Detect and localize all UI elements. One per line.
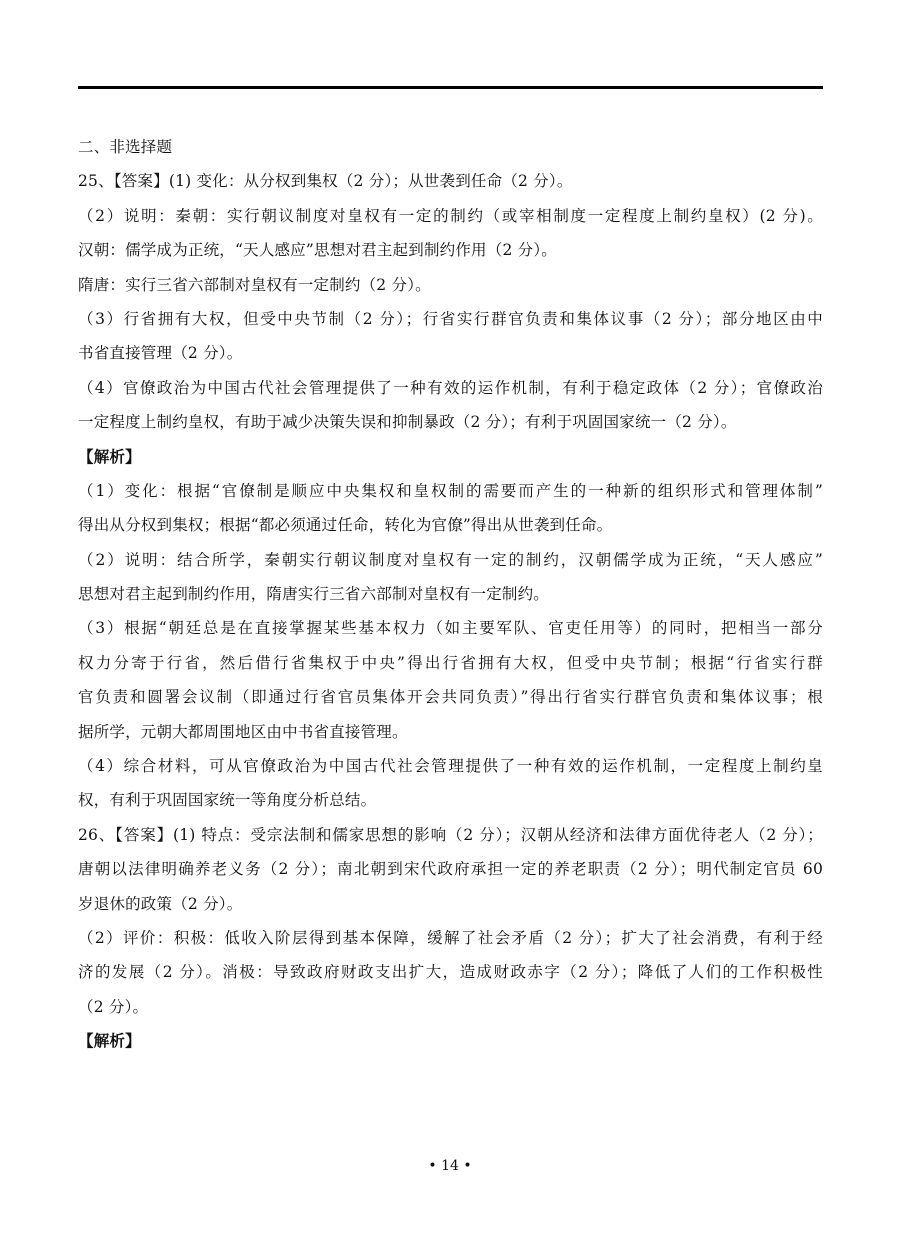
answer-25-line: 一定程度上制约皇权，有助于减少决策失误和抑制暴政（2 分）；有利于巩固国家统一（… — [78, 405, 823, 439]
answer-26-line: 岁退休的政策（2 分）。 — [78, 887, 823, 921]
analysis-25-line: （2）说明：结合所学，秦朝实行朝议制度对皇权有一定的制约，汉朝儒学成为正统，“天… — [78, 543, 823, 577]
analysis-25-line: 思想对君主起到制约作用，隋唐实行三省六部制对皇权有一定制约。 — [78, 577, 823, 611]
answer-25-line: （4）官僚政治为中国古代社会管理提供了一种有效的运作机制，有利于稳定政体（2 分… — [78, 371, 823, 405]
answer-25-line: 25、【答案】(1) 变化：从分权到集权（2 分）；从世袭到任命（2 分）。 — [78, 164, 823, 198]
analysis-25-line: 据所学，元朝大都周围地区由中书省直接管理。 — [78, 715, 823, 749]
section-title: 二、非选择题 — [78, 130, 823, 164]
document-body: 二、非选择题 25、【答案】(1) 变化：从分权到集权（2 分）；从世袭到任命（… — [78, 130, 823, 1059]
answer-25-line: （3）行省拥有大权，但受中央节制（2 分）；行省实行群官负责和集体议事（2 分）… — [78, 302, 823, 336]
answer-26-line: （2）评价：积极：低收入阶层得到基本保障，缓解了社会矛盾（2 分）；扩大了社会消… — [78, 921, 823, 955]
analysis-25-line: （1）变化：根据“官僚制是顺应中央集权和皇权制的需要而产生的一种新的组织形式和管… — [78, 474, 823, 508]
answer-25-line: 书省直接管理（2 分）。 — [78, 336, 823, 370]
header-rule — [78, 86, 823, 89]
answer-25-line: 汉朝：儒学成为正统，“天人感应”思想对君主起到制约作用（2 分）。 — [78, 233, 823, 267]
analysis-25-line: 得出从分权到集权；根据“都必须通过任命，转化为官僚”得出从世袭到任命。 — [78, 508, 823, 542]
analysis-25-line: 权，有利于巩固国家统一等角度分析总结。 — [78, 783, 823, 817]
answer-26-line: 济的发展（2 分）。消极：导致政府财政支出扩大，造成财政赤字（2 分）；降低了人… — [78, 955, 823, 989]
analysis-25-line: （4）综合材料，可从官僚政治为中国古代社会管理提供了一种有效的运作机制，一定程度… — [78, 749, 823, 783]
analysis-heading: 【解析】 — [78, 1024, 823, 1058]
answer-25-line: 隋唐：实行三省六部制对皇权有一定制约（2 分）。 — [78, 268, 823, 302]
analysis-25-line: 权力分寄于行省，然后借行省集权于中央”得出行省拥有大权，但受中央节制；根据“行省… — [78, 646, 823, 680]
answer-25-line: （2）说明：秦朝：实行朝议制度对皇权有一定的制约（或宰相制度一定程度上制约皇权）… — [78, 199, 823, 233]
page-number: • 14 • — [0, 1158, 900, 1174]
answer-26-line: （2 分）。 — [78, 990, 823, 1024]
answer-26-line: 唐朝以法律明确养老义务（2 分）；南北朝到宋代政府承担一定的养老职责（2 分）；… — [78, 852, 823, 886]
analysis-25-line: （3）根据“朝廷总是在直接掌握某些基本权力（如主要军队、官吏任用等）的同时，把相… — [78, 611, 823, 645]
analysis-25-line: 官负责和圆署会议制（即通过行省官员集体开会共同负责）”得出行省实行群官负责和集体… — [78, 680, 823, 714]
analysis-heading: 【解析】 — [78, 440, 823, 474]
answer-26-line: 26、【答案】(1) 特点：受宗法制和儒家思想的影响（2 分）；汉朝从经济和法律… — [78, 818, 823, 852]
